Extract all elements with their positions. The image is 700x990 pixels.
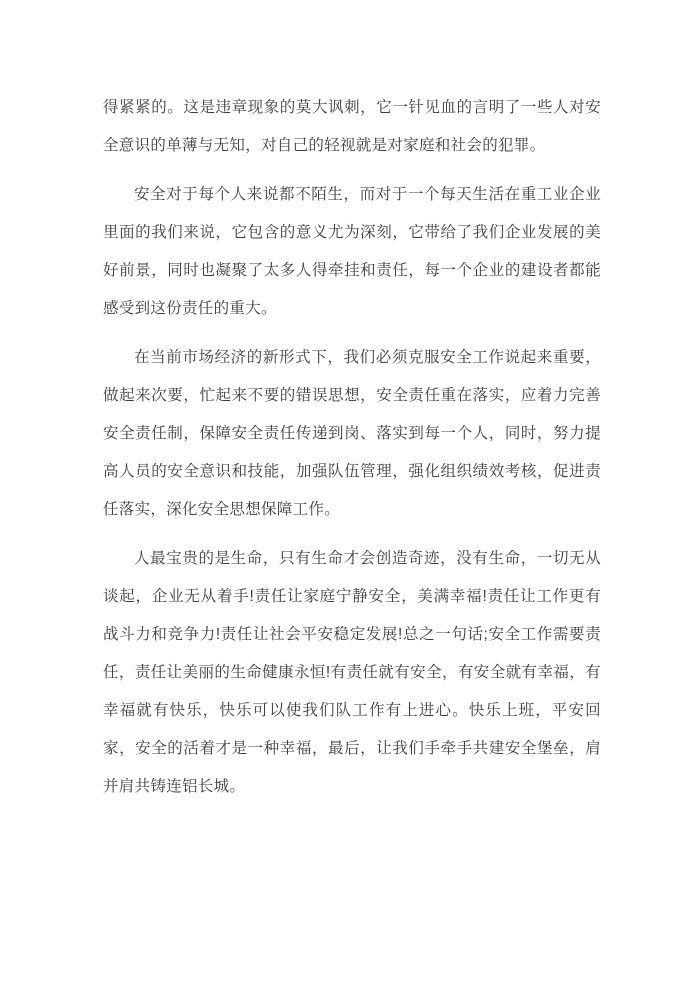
paragraph-1: 得紧紧的。这是违章现象的莫大讽刺，它一针见血的言明了一些人对安全意识的单薄与无知…: [103, 89, 601, 165]
paragraph-3: 在当前市场经济的新形式下，我们必须克服安全工作说起来重要，做起来次要，忙起来不要…: [103, 339, 601, 529]
paragraph-4: 人最宝贵的是生命，只有生命才会创造奇迹，没有生命，一切无从谈起，企业无从着手!责…: [103, 540, 601, 806]
document-page: 得紧紧的。这是违章现象的莫大讽刺，它一针见血的言明了一些人对安全意识的单薄与无知…: [0, 0, 700, 990]
paragraph-2: 安全对于每个人来说都不陌生，而对于一个每天生活在重工业企业里面的我们来说，它包含…: [103, 176, 601, 328]
